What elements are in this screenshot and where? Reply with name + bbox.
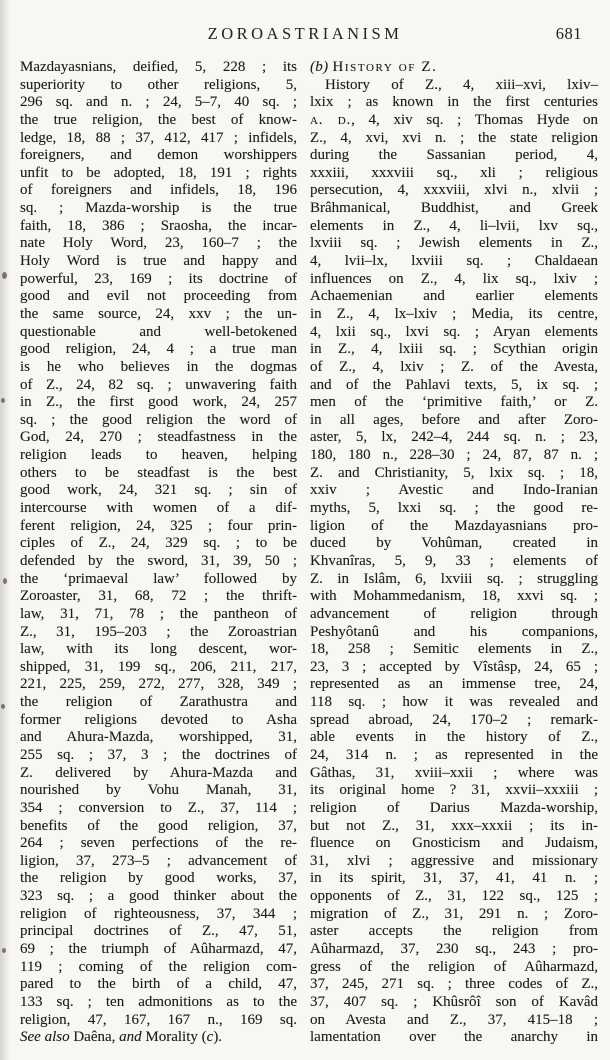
right-column: (b) History of Z.History of Z., 4, xiii–… — [310, 59, 598, 1047]
index-text-line: the same source, 24, xxv ; the un- — [20, 306, 297, 324]
running-head: ZOROASTRIANISM 681 — [0, 24, 610, 46]
index-text-line: Mazdayasnians, deified, 5, 228 ; its — [20, 59, 297, 77]
index-text-line: a. d., 4, xiv sq. ; Thomas Hyde on — [310, 112, 598, 130]
index-text-line: in Z., the first good work, 24, 257 — [20, 394, 297, 412]
index-text-line: 323 sq. ; a good thinker about the — [20, 888, 297, 906]
index-text-line: xxiv ; Avestic and Indo-Iranian — [310, 482, 598, 500]
index-text-line: good and evil not proceeding from — [20, 288, 297, 306]
index-text-line: 133 sq. ; ten admonitions as to the — [20, 994, 297, 1012]
index-text-line: and of the Pahlavi texts, 5, ix sq. ; — [310, 377, 598, 395]
index-text-line: See also Daêna, and Morality (c). — [20, 1029, 297, 1047]
index-text-line: persecution, 4, xxxviii, xlvi n., xlvii … — [310, 182, 598, 200]
index-text-line: nate Holy Word, 23, 160–7 ; the — [20, 235, 297, 253]
index-text-line: migration of Z., 31, 291 n. ; Zoro- — [310, 906, 598, 924]
index-text-line: Brâhmanical, Buddhist, and Greek — [310, 200, 598, 218]
index-text-line: during the Sassanian period, 4, — [310, 147, 598, 165]
index-text-line: Gâthas, 31, xviii–xxii ; where was — [310, 765, 598, 783]
index-text-line: 354 ; conversion to Z., 37, 114 ; — [20, 800, 297, 818]
scan-speck — [1, 398, 5, 403]
index-text-line: is he who believes in the dogmas — [20, 359, 297, 377]
index-text-line: 23, 3 ; accepted by Vîstâsp, 24, 65 ; — [310, 659, 598, 677]
page-title: ZOROASTRIANISM — [0, 24, 610, 44]
index-text-line: Z. in Islâm, 6, lxviii sq. ; struggling — [310, 571, 598, 589]
scan-speck — [2, 948, 6, 953]
index-text-line: 24, 314 n. ; as represented in the — [310, 747, 598, 765]
index-text-line: aster, 5, lx, 242–4, 244 sq. n. ; 23, — [310, 429, 598, 447]
index-columns: Mazdayasnians, deified, 5, 228 ; itssupe… — [20, 59, 598, 1047]
index-text-line: religion leads to heaven, helping — [20, 447, 297, 465]
index-text-line: lxix ; as known in the first centuries — [310, 94, 598, 112]
index-text-line: Z., 4, xvi, xvi n. ; the state religion — [310, 130, 598, 148]
index-text-line: History of Z., 4, xiii–xvi, lxiv– — [310, 77, 598, 95]
index-text-line: in Z., 4, lxiii sq. ; Scythian origin — [310, 341, 598, 359]
index-text-line: superiority to other religions, 5, — [20, 77, 297, 95]
index-text-line: gress of the religion of Aûharmazd, — [310, 959, 598, 977]
scan-speck — [3, 578, 7, 584]
index-text-line: nourished by Vohu Manah, 31, — [20, 782, 297, 800]
index-text-line: able events in the history of Z., — [310, 729, 598, 747]
index-text-line: influences on Z., 4, lix sq., lxiv ; — [310, 271, 598, 289]
index-text-line: the religion by good works, 37, — [20, 870, 297, 888]
index-text-line: the ‘primaeval law’ followed by — [20, 571, 297, 589]
index-text-line: 221, 225, 259, 272, 277, 328, 349 ; — [20, 676, 297, 694]
index-text-line: in all ages, before and after Zoro- — [310, 412, 598, 430]
index-text-line: but not Z., 31, xxx–xxxii ; its in- — [310, 818, 598, 836]
index-text-line: myths, 5, lxxi sq. ; the good re- — [310, 500, 598, 518]
index-text-line: law, 31, 71, 78 ; the pantheon of — [20, 606, 297, 624]
index-text-line: God, 24, 270 ; steadfastness in the — [20, 429, 297, 447]
index-text-line: 119 ; coming of the religion com- — [20, 959, 297, 977]
index-text-line: of foreigners and infidels, 18, 196 — [20, 182, 297, 200]
index-text-line: opponents of Z., 31, 122 sq., 125 ; — [310, 888, 598, 906]
index-text-line: duced by Vohûman, created in — [310, 535, 598, 553]
index-text-line: xxxiii, xxxviii sq., xli ; religious — [310, 165, 598, 183]
index-text-line: pared to the birth of a child, 47, — [20, 976, 297, 994]
index-text-line: law, with its long descent, wor- — [20, 641, 297, 659]
index-text-line: Z. delivered by Ahura-Mazda and — [20, 765, 297, 783]
index-text-line: Achaemenian and earlier elements — [310, 288, 598, 306]
index-text-line: fluence on Gnosticism and Judaism, — [310, 835, 598, 853]
index-text-line: ledge, 18, 88 ; 37, 412, 417 ; infidels, — [20, 130, 297, 148]
index-text-line: ciples of Z., 24, 329 sq. ; to be — [20, 535, 297, 553]
index-text-line: 4, lxii sq., lxvi sq. ; Aryan elements — [310, 324, 598, 342]
index-text-line: on Avesta and Z., 37, 415–18 ; — [310, 1012, 598, 1030]
index-text-line: religion of Darius Mazda-worship, — [310, 800, 598, 818]
index-text-line: in Z., 4, lx–lxiv ; Media, its centre, — [310, 306, 598, 324]
index-text-line: and Ahura-Mazda, worshipped, 31, — [20, 729, 297, 747]
index-text-line: Holy Word is true and happy and — [20, 253, 297, 271]
index-text-line: good religion, 24, 4 ; a true man — [20, 341, 297, 359]
index-text-line: ligion of the Mazdayasnians pro- — [310, 518, 598, 536]
index-text-line: 18, 258 ; Semitic elements in Z., — [310, 641, 598, 659]
index-text-line: 255 sq. ; 37, 3 ; the doctrines of — [20, 747, 297, 765]
index-text-line: the religion of Zarathustra and — [20, 694, 297, 712]
index-text-line: sq. ; the good religion the word of — [20, 412, 297, 430]
scan-speck — [2, 272, 7, 279]
index-text-line: benefits of the good religion, 37, — [20, 818, 297, 836]
index-text-line: of Z., 24, 82 sq. ; unwavering faith — [20, 377, 297, 395]
page-number: 681 — [556, 24, 582, 44]
left-column: Mazdayasnians, deified, 5, 228 ; itssupe… — [20, 59, 297, 1047]
index-text-line: in its spirit, 31, 37, 41, 41 n. ; — [310, 870, 598, 888]
index-text-line: 69 ; the triumph of Aûharmazd, 47, — [20, 941, 297, 959]
index-text-line: questionable and well-betokened — [20, 324, 297, 342]
index-text-line: 37, 407 sq. ; Khûsrôî son of Kavâd — [310, 994, 598, 1012]
index-text-line: Z., 31, 195–203 ; the Zoroastrian — [20, 624, 297, 642]
index-text-line: with Mohammedanism, 18, xxvi sq. ; — [310, 588, 598, 606]
index-text-line: defended by the sword, 31, 39, 50 ; — [20, 553, 297, 571]
index-text-line: Aûharmazd, 37, 230 sq., 243 ; pro- — [310, 941, 598, 959]
book-page: ZOROASTRIANISM 681 Mazdayasnians, deifie… — [0, 0, 610, 1060]
index-text-line: lxviii sq. ; Jewish elements in Z., — [310, 235, 598, 253]
index-text-line: 296 sq. and n. ; 24, 5–7, 40 sq. ; — [20, 94, 297, 112]
index-text-line: the true religion, the best of know- — [20, 112, 297, 130]
index-text-line: aster accepts the religion from — [310, 923, 598, 941]
index-text-line: advancement of religion through — [310, 606, 598, 624]
index-text-line: represented as an immense tree, 24, — [310, 676, 598, 694]
index-text-line: powerful, 23, 169 ; its doctrine of — [20, 271, 297, 289]
index-text-line: its original home ? 31, xxvii–xxxiii ; — [310, 782, 598, 800]
index-text-line: unfit to be adopted, 18, 191 ; rights — [20, 165, 297, 183]
index-text-line: religion, 47, 167, 167 n., 169 sq. — [20, 1012, 297, 1030]
scan-speck — [1, 704, 5, 709]
index-text-line: 180, 180 n., 228–30 ; 24, 87, 87 n. ; — [310, 447, 598, 465]
index-text-line: Zoroaster, 31, 68, 72 ; the thrift- — [20, 588, 297, 606]
index-text-line: lamentation over the anarchy in — [310, 1029, 598, 1047]
index-text-line: spread abroad, 24, 170–2 ; remark- — [310, 712, 598, 730]
index-text-line: sq. ; Mazda-worship is the true — [20, 200, 297, 218]
index-text-line: good work, 24, 321 sq. ; sin of — [20, 482, 297, 500]
index-text-line: foreigners, and demon worshippers — [20, 147, 297, 165]
section-heading: (b) History of Z. — [310, 59, 598, 77]
index-text-line: principal doctrines of Z., 47, 51, — [20, 923, 297, 941]
index-text-line: faith, 18, 386 ; Sraosha, the incar- — [20, 218, 297, 236]
index-text-line: religion of righteousness, 37, 344 ; — [20, 906, 297, 924]
index-text-line: former religions devoted to Asha — [20, 712, 297, 730]
index-text-line: Z. and Christianity, 5, lxix sq. ; 18, — [310, 465, 598, 483]
index-text-line: shipped, 31, 199 sq., 206, 211, 217, — [20, 659, 297, 677]
index-text-line: ferent religion, 24, 325 ; four prin- — [20, 518, 297, 536]
index-text-line: elements in Z., 4, li–lvii, lxv sq., — [310, 218, 598, 236]
index-text-line: 31, xlvi ; aggressive and missionary — [310, 853, 598, 871]
index-text-line: Khvanîras, 5, 9, 33 ; elements of — [310, 553, 598, 571]
index-text-line: men of the ‘primitive faith,’ or Z. — [310, 394, 598, 412]
index-text-line: 37, 245, 271 sq. ; three codes of Z., — [310, 976, 598, 994]
index-text-line: Peshyôtanû and his companions, — [310, 624, 598, 642]
index-text-line: others to be steadfast is the best — [20, 465, 297, 483]
index-text-line: ligion, 37, 273–5 ; advancement of — [20, 853, 297, 871]
index-text-line: 4, lvii–lx, lxviii sq. ; Chaldaean — [310, 253, 598, 271]
index-text-line: intercourse with women of a dif- — [20, 500, 297, 518]
index-text-line: of Z., 4, lxiv ; Z. of the Avesta, — [310, 359, 598, 377]
index-text-line: 118 sq. ; how it was revealed and — [310, 694, 598, 712]
index-text-line: 264 ; seven perfections of the re- — [20, 835, 297, 853]
